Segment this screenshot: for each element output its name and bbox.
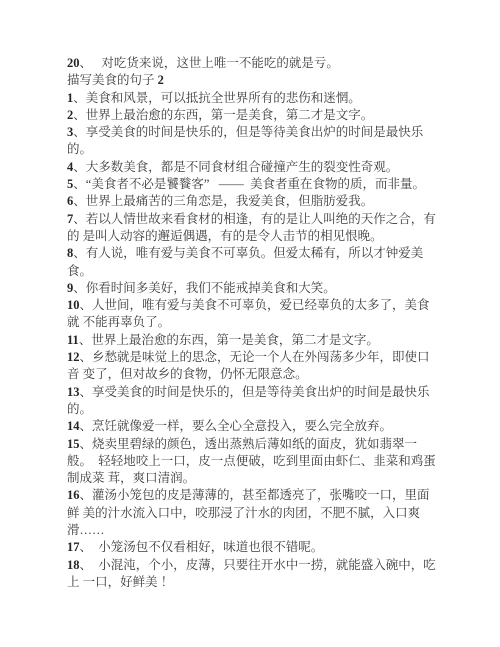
item-text: 小混沌，个小，皮薄，只要往开水中一捞，就能盛入碗中，吃 上 一口，好鲜美 ！ [67,558,436,589]
list-item: 11、世界上最治愈的东西，第一是美食，第二才是文字。 [67,332,472,349]
item-text: 世界上最治愈的东西，第一是美食，第二才是文字。 [86,108,374,122]
list-item: 9、你看时间多美好，我们不能戒掉美食和大笑。 [67,280,472,297]
item-separator: 、 [73,108,86,122]
item-text: 若以人情世故来看食材的相逢，有的是让人叫绝的天作之合，有 的 是叫人动容的邂逅偶… [67,212,436,243]
item-separator: 、 [73,281,86,295]
item-separator: 、 [80,350,93,364]
item-text: 对吃货来说，这世上唯一不能吃的就是亏。 [86,56,339,70]
item-text: 世界上最痛苦的三角恋是，我爱美食，但脂肪爱我。 [86,194,374,208]
item-number: 18 [67,558,80,572]
list-item: 5、“美食者不必是饕餮客” —— 美食者重在食物的质，而非量。 [67,176,472,193]
item-text: 人世间，唯有爱与美食不可辜负，爱已经辜负的太多了，美食 就 不能再辜负了。 [67,298,430,329]
list-item: 18、 小混沌，个小，皮薄，只要往开水中一捞，就能盛入碗中，吃 上 一口，好鲜美… [67,557,472,592]
item-number: 10 [67,298,80,312]
item-separator: 、 [73,212,86,226]
item-text: “美食者不必是饕餮客” —— 美食者重在食物的质，而非量。 [86,177,425,191]
item-text: 享受美食的时间是快乐的，但是等待美食出炉的时间是最快乐 的。 [67,385,430,416]
list-item: 20、 对吃货来说，这世上唯一不能吃的就是亏。 [67,55,472,72]
item-separator: 、 [73,125,86,139]
item-number: 20 [67,56,80,70]
list-item: 7、若以人情世故来看食材的相逢，有的是让人叫绝的天作之合，有 的 是叫人动容的邂… [67,211,472,246]
item-separator: 、 [73,177,86,191]
item-separator: 、 [80,385,93,399]
item-separator: 、 [73,194,86,208]
list-item: 17、 小笼汤包不仅看相好，味道也很不错呢。 [67,539,472,556]
list-item: 13、享受美食的时间是快乐的，但是等待美食出炉的时间是最快乐 的。 [67,384,472,419]
item-number: 17 [67,540,80,554]
list-item: 14、烹饪就像爱一样，要么全心全意投入，要么完全放弃。 [67,418,472,435]
item-separator: 、 [73,160,86,174]
list-item: 16、灌汤小笼包的皮是薄薄的，甚至都透亮了，张嘴咬一口，里面 鲜 美的汁水流入口… [67,487,472,539]
list-item: 3、享受美食的时间是快乐的，但是等待美食出炉的时间是最快乐 的。 [67,124,472,159]
text-document: 20、 对吃货来说，这世上唯一不能吃的就是亏。描写美食的句子 21、美食和风景，… [67,55,472,591]
item-text: 烧卖里碧绿的颜色，透出蒸熟后薄如纸的面皮，犹如翡翠一 般。 轻轻地咬上一口，皮一… [67,437,436,486]
item-text: 烹饪就像爱一样，要么全心全意投入，要么完全放弃。 [92,419,392,433]
section-heading: 描写美食的句子 2 [67,72,472,89]
item-number: 16 [67,488,80,502]
item-text: 有人说，唯有爱与美食不可辜负。但爱太稀有，所以才钟爱美 食。 [67,246,423,277]
list-item: 2、世界上最治愈的东西，第一是美食，第二才是文字。 [67,107,472,124]
list-item: 6、世界上最痛苦的三角恋是，我爱美食，但脂肪爱我。 [67,193,472,210]
list-item: 8、有人说，唯有爱与美食不可辜负。但爱太稀有，所以才钟爱美 食。 [67,245,472,280]
list-item: 4、大多数美食，都是不同食材组合碰撞产生的裂变性奇观。 [67,159,472,176]
item-text: 灌汤小笼包的皮是薄薄的，甚至都透亮了，张嘴咬一口，里面 鲜 美的汁水流入口中，咬… [67,488,430,537]
item-text: 美食和风景，可以抵抗全世界所有的悲伤和迷惘。 [86,91,361,105]
item-text: 你看时间多美好，我们不能戒掉美食和大笑。 [86,281,336,295]
item-text: 小笼汤包不仅看相好，味道也很不错呢。 [92,540,323,554]
heading-number: 2 [158,73,164,87]
item-separator: 、 [80,419,93,433]
item-text: 享受美食的时间是快乐的，但是等待美食出炉的时间是最快乐 的。 [67,125,423,156]
list-item: 12、乡愁就是味觉上的思念，无论一个人在外闯荡多少年，即使口 音 变了，但对故乡… [67,349,472,384]
item-number: 13 [67,385,80,399]
item-text: 世界上最治愈的东西，第一是美食，第二才是文字。 [91,333,379,347]
list-item: 15、烧卖里碧绿的颜色，透出蒸熟后薄如纸的面皮，犹如翡翠一 般。 轻轻地咬上一口… [67,436,472,488]
item-text: 乡愁就是味觉上的思念，无论一个人在外闯荡多少年，即使口 音 变了，但对故乡的食物… [67,350,430,381]
item-number: 15 [67,437,80,451]
item-number: 12 [67,350,80,364]
list-item: 1、美食和风景，可以抵抗全世界所有的悲伤和迷惘。 [67,90,472,107]
item-separator: 、 [73,246,86,260]
item-separator: 、 [80,437,93,451]
heading-text: 描写美食的句子 [67,73,158,87]
item-separator: 、 [80,488,93,502]
item-separator: 、 [73,91,86,105]
item-separator: 、 [80,558,93,572]
item-text: 大多数美食，都是不同食材组合碰撞产生的裂变性奇观。 [86,160,399,174]
item-separator: 、 [80,540,93,554]
item-separator: 、 [79,333,92,347]
item-separator: 、 [80,298,93,312]
item-number: 14 [67,419,80,433]
item-number: 11 [67,333,79,347]
list-item: 10、人世间，唯有爱与美食不可辜负，爱已经辜负的太多了，美食 就 不能再辜负了。 [67,297,472,332]
